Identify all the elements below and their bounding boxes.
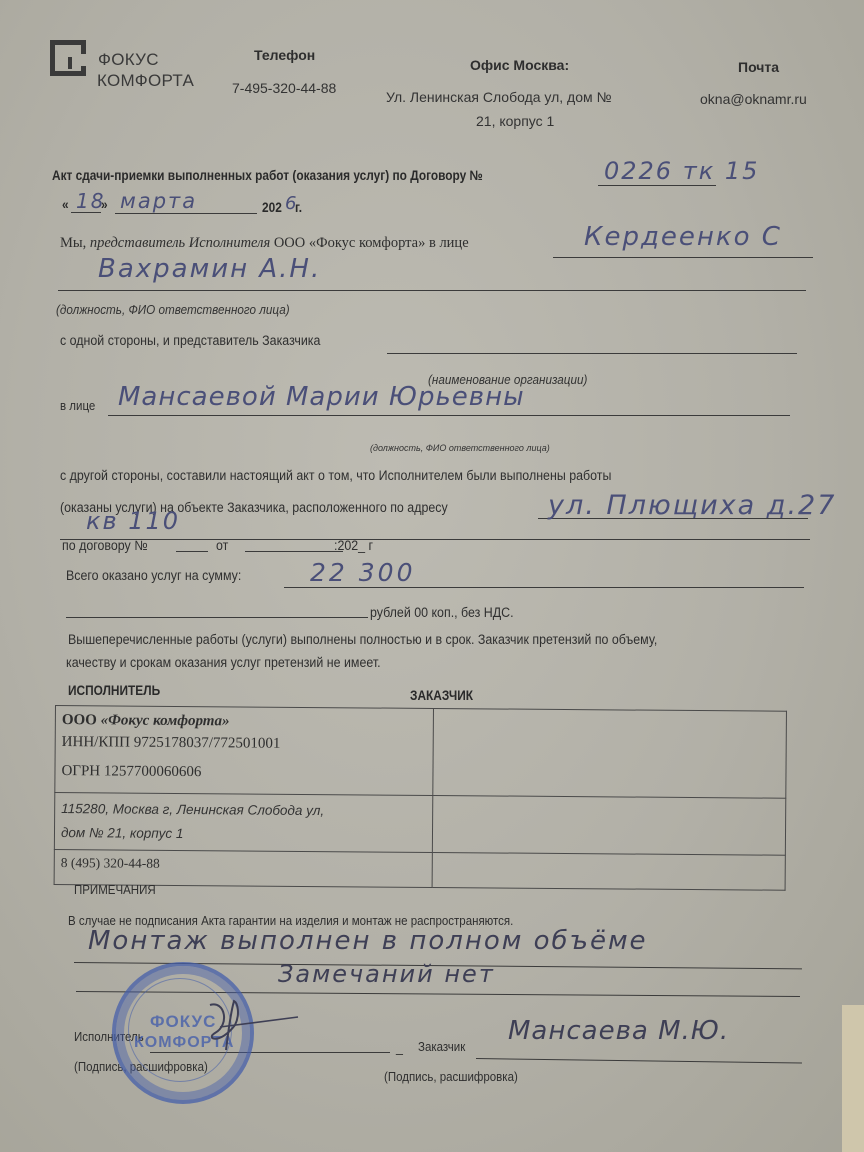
customer-company-cell: [433, 708, 787, 798]
date-open-quote: «: [62, 197, 69, 212]
executor-address-line1: 115280, Москва г, Ленинская Слобода ул,: [61, 797, 426, 824]
executor-rep-line1: [553, 257, 813, 258]
executor-intro: Мы, представитель Исполнителя ООО «Фокус…: [60, 235, 469, 252]
statement-line2: качеству и срокам оказания услуг претенз…: [66, 655, 381, 670]
customer-rep-line: [108, 415, 790, 416]
customer-heading: ЗАКАЗЧИК: [410, 688, 473, 703]
month-line: [115, 213, 257, 214]
mail-label: Почта: [738, 59, 779, 75]
year-prefix: 202: [262, 200, 282, 215]
notes-handwritten-1: Монтаж выполнен в полном объёме: [88, 926, 648, 956]
executor-caption: (должность, ФИО ответственного лица): [56, 302, 290, 317]
office-address-line2: 21, корпус 1: [476, 113, 554, 129]
executor-phone: 8 (495) 320-44-88: [61, 854, 426, 875]
executor-rep-handwritten-2: Вахрамин А.Н.: [98, 254, 321, 284]
contract-ref-number-line: [176, 551, 208, 552]
table-row: ООО «Фокус комфорта» ИНН/КПП 9725178037/…: [55, 706, 787, 799]
customer-sign-caption: (Подпись, расшифровка): [384, 1070, 518, 1084]
contract-number-line: [598, 185, 716, 186]
logo-text-line2: КОМФОРТА: [97, 71, 194, 91]
customer-rep-handwritten: Мансаевой Марии Юрьевны: [118, 382, 525, 412]
phone-label: Телефон: [254, 47, 315, 63]
notes-heading: ПРИМЕЧАНИЯ: [74, 883, 156, 897]
inn-kpp: ИНН/КПП 9725178037/772501001: [62, 730, 427, 757]
executor-heading: ИСПОЛНИТЕЛЬ: [68, 683, 160, 698]
customer-address-cell: [432, 795, 785, 855]
executor-address-line2: дом № 21, корпус 1: [61, 821, 426, 848]
statement-line1: Вышеперечисленные работы (услуги) выполн…: [68, 632, 657, 647]
contract-number-handwritten: 0226 тк 15: [604, 157, 759, 185]
year-suffix: г.: [295, 200, 302, 215]
office-address-line1: Ул. Ленинская Слобода ул, дом №: [386, 89, 612, 105]
sign-dash: _: [396, 1040, 403, 1055]
contract-ref-date-line: [245, 551, 343, 552]
address-handwritten-2: кв 110: [86, 507, 180, 535]
executor-company-cell: ООО «Фокус комфорта» ИНН/КПП 9725178037/…: [55, 706, 434, 796]
executor-rep-handwritten-1: Кердеенко С: [584, 222, 782, 252]
table-row: 8 (495) 320-44-88: [54, 849, 785, 890]
underlying-sheet-edge: [842, 1005, 864, 1152]
phone-value: 7-495-320-44-88: [232, 80, 336, 96]
executor-address-cell: 115280, Москва г, Ленинская Слобода ул, …: [54, 793, 432, 853]
in-person-label: в лице: [60, 399, 95, 413]
sum-handwritten: 22 300: [310, 558, 415, 587]
contract-ref-text: по договору №: [62, 538, 148, 553]
month-handwritten: марта: [120, 189, 197, 213]
contract-ref-year: :202_ г: [334, 538, 373, 553]
executor-org: ООО «Фокус комфорта»: [270, 235, 425, 251]
logo-bar-icon: [68, 57, 72, 69]
other-side-text: с другой стороны, составили настоящий ак…: [60, 468, 611, 483]
contract-ref-from: от: [216, 538, 228, 553]
executor-phone-cell: 8 (495) 320-44-88: [54, 849, 432, 887]
mail-value: okna@oknamr.ru: [700, 91, 807, 107]
act-title: Акт сдачи-приемки выполненных работ (ока…: [52, 168, 483, 183]
executor-rep-line2: [58, 290, 806, 291]
one-side-text: с одной стороны, и представитель Заказчи…: [60, 333, 320, 348]
requisites-table: ООО «Фокус комфорта» ИНН/КПП 9725178037/…: [54, 705, 787, 891]
sum-line: [284, 587, 804, 588]
logo-text-line1: ФОКУС: [98, 50, 159, 70]
address-handwritten-1: ул. Плющиха д.27: [548, 490, 836, 521]
rub-text: рублей 00 коп., без НДС.: [370, 605, 514, 620]
sum-label: Всего оказано услуг на сумму:: [66, 568, 241, 583]
address-line2: [60, 539, 810, 540]
customer-sign-label: Заказчик: [418, 1040, 465, 1054]
customer-signature-handwritten: Мансаева М.Ю.: [508, 1016, 729, 1046]
ogrn: ОГРН 1257700060606: [61, 754, 426, 791]
table-row: 115280, Москва г, Ленинская Слобода ул, …: [54, 793, 785, 856]
customer-caption: (должность, ФИО ответственного лица): [370, 443, 550, 453]
customer-phone-cell: [432, 852, 785, 890]
date-close-quote: »: [101, 197, 108, 212]
executor-signature-scribble: [190, 995, 300, 1055]
sum-words-line: [66, 617, 368, 618]
customer-org-line: [387, 353, 797, 354]
notes-handwritten-2: Замечаний нет: [278, 960, 495, 988]
office-label: Офис Москва:: [470, 57, 569, 73]
